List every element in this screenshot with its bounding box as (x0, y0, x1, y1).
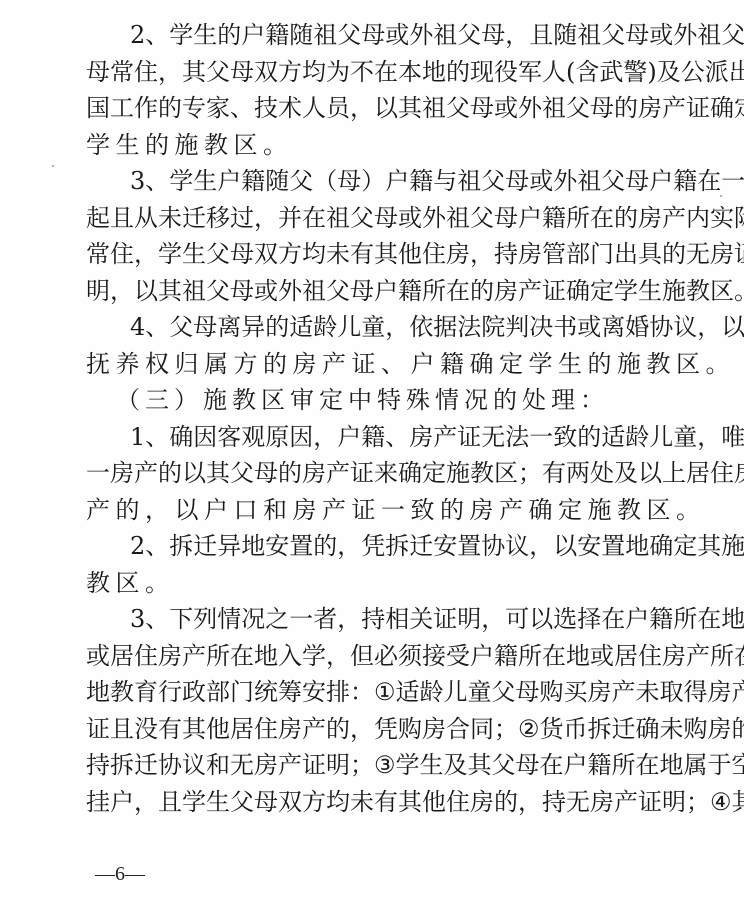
text-line: 产的，以户口和房产证一致的房产确定施教区。 (86, 494, 656, 526)
text-line: 3、下列情况之一者，持相关证明，可以选择在户籍所在地 (130, 603, 656, 635)
text-line: 常住，学生父母双方均未有其他住房，持房管部门出具的无房证 (86, 238, 656, 270)
text-line: 母常住，其父母双方均为不在本地的现役军人(含武警)及公派出 (86, 56, 656, 88)
text-line: 学生的施教区。 (86, 129, 656, 161)
document-page: 2、学生的户籍随祖父母或外祖父母，且随祖父母或外祖父 母常住，其父母双方均为不在… (0, 0, 744, 897)
text-line: 抚养权归属方的房产证、户籍确定学生的施教区。 (86, 348, 656, 380)
text-line: 起且从未迁移过，并在祖父母或外祖父母户籍所在的房产内实际 (86, 202, 656, 234)
text-line: 1、确因客观原因，户籍、房产证无法一致的适龄儿童，唯 (130, 421, 656, 453)
text-line: 持拆迁协议和无房产证明；③学生及其父母在户籍所在地属于空 (86, 749, 656, 781)
section-heading: （三）施教区审定中特殊情况的处理： (116, 384, 609, 416)
text-line: 或居住房产所在地入学，但必须接受户籍所在地或居住房产所在 (86, 640, 656, 672)
text-line: 证且没有其他居住房产的，凭购房合同；②货币拆迁确未购房的， (86, 713, 656, 745)
scan-speck (720, 195, 722, 197)
text-line: 3、学生户籍随父（母）户籍与祖父母或外祖父母户籍在一 (130, 165, 656, 197)
text-line: 国工作的专家、技术人员，以其祖父母或外祖父母的房产证确定 (86, 92, 656, 124)
text-line: 明，以其祖父母或外祖父母户籍所在的房产证确定学生施教区。 (86, 275, 656, 307)
text-line: 2、学生的户籍随祖父母或外祖父母，且随祖父母或外祖父 (130, 19, 656, 51)
text-line: 教区。 (86, 567, 656, 599)
text-line: 挂户，且学生父母双方均未有其他住房的，持无房产证明；④其 (86, 786, 656, 818)
scan-speck (52, 165, 54, 167)
text-line: 2、拆迁异地安置的，凭拆迁安置协议，以安置地确定其施 (130, 530, 656, 562)
page-number: —6— (95, 862, 145, 886)
text-line: 地教育行政部门统筹安排：①适龄儿童父母购买房产未取得房产 (86, 676, 656, 708)
text-line: 一房产的以其父母的房产证来确定施教区；有两处及以上居住房 (86, 457, 656, 489)
text-line: 4、父母离异的适龄儿童，依据法院判决书或离婚协议，以 (130, 311, 656, 343)
